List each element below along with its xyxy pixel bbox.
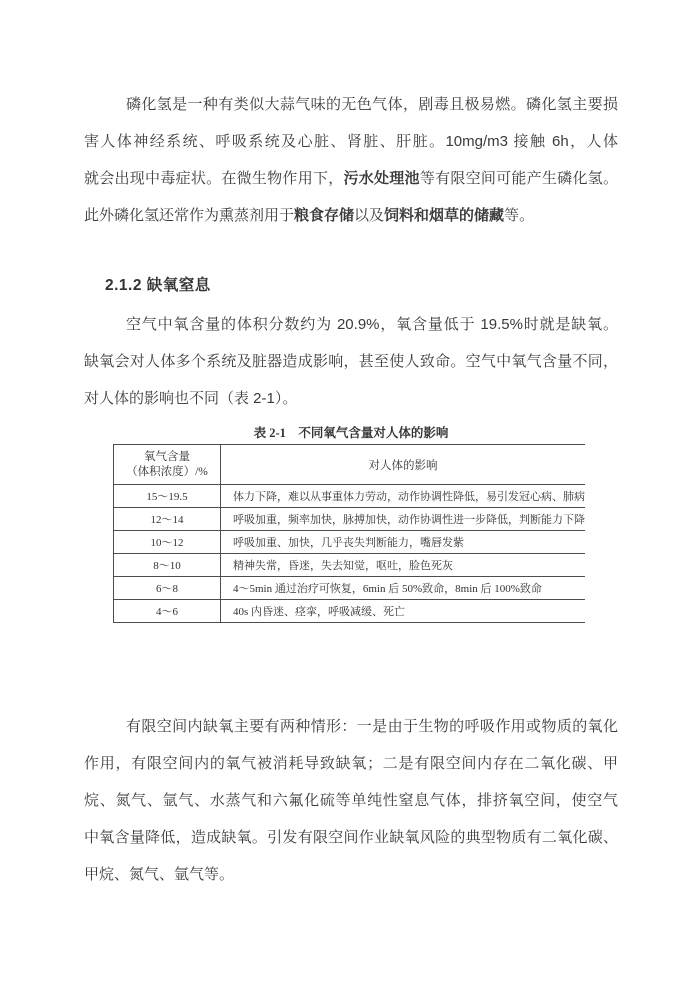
header-text: （体积浓度）/% bbox=[114, 465, 220, 480]
text-run: 烷、氮气、氩气、水蒸气和六氟化硫等单纯性窒息气体，排挤氧空间，使空气 bbox=[84, 792, 618, 809]
range-cell: 6～8 bbox=[114, 577, 221, 600]
paragraph-oxygen-causes: 有限空间内缺氧主要有两种情形：一是由于生物的呼吸作用或物质的氧化 作用，有限空间… bbox=[84, 708, 618, 893]
table-header-row: 氧气含量 （体积浓度）/% 对人体的影响 bbox=[114, 445, 586, 485]
text-run: 空气中氧含量的体积分数约为 20.9%，氧含量低于 19.5%时就是缺氧。 bbox=[126, 316, 618, 333]
paragraph-oxygen-intro: 空气中氧含量的体积分数约为 20.9%，氧含量低于 19.5%时就是缺氧。 缺氧… bbox=[84, 306, 618, 417]
range-cell: 8～10 bbox=[114, 554, 221, 577]
bold-text-run: 饲料和烟草的储藏 bbox=[384, 207, 504, 224]
header-cell-effect: 对人体的影响 bbox=[221, 445, 586, 485]
section-heading-2-1-2: 2.1.2 缺氧窒息 bbox=[105, 273, 211, 295]
text-run: 以及 bbox=[354, 207, 384, 224]
text-run: 此外磷化氢还常作为熏蒸剂用于 bbox=[84, 207, 294, 224]
table-row: 8～10 精神失常，昏迷，失去知觉，呕吐，脸色死灰 bbox=[114, 554, 586, 577]
effect-cell: 呼吸加重、加快，几乎丧失判断能力，嘴唇发紫 bbox=[221, 531, 586, 554]
text-run: 害人体神经系统、呼吸系统及心脏、肾脏、肝脏。10mg/m3 接触 6h，人体 bbox=[84, 133, 618, 150]
text-run: 等有限空间可能产生磷化氢。 bbox=[420, 170, 618, 187]
text-line: 害人体神经系统、呼吸系统及心脏、肾脏、肝脏。10mg/m3 接触 6h，人体 bbox=[84, 123, 618, 160]
text-line: 就会出现中毒症状。在微生物作用下，污水处理池等有限空间可能产生磷化氢。 bbox=[84, 160, 618, 197]
bold-text-run: 污水处理池 bbox=[343, 170, 419, 187]
header-cell-oxygen-content: 氧气含量 （体积浓度）/% bbox=[114, 445, 221, 485]
text-line: 空气中氧含量的体积分数约为 20.9%，氧含量低于 19.5%时就是缺氧。 bbox=[84, 306, 618, 343]
text-run: 甲烷、氮气、氩气等。 bbox=[84, 866, 234, 883]
text-line: 对人体的影响也不同（表 2-1）。 bbox=[84, 380, 618, 417]
range-cell: 15～19.5 bbox=[114, 485, 221, 508]
range-cell: 4～6 bbox=[114, 600, 221, 623]
text-run: 就会出现中毒症状。在微生物作用下， bbox=[84, 170, 343, 187]
text-line: 磷化氢是一种有类似大蒜气味的无色气体，剧毒且极易燃。磷化氢主要损 bbox=[84, 86, 618, 123]
effect-cell: 4～5min 通过治疗可恢复，6min 后 50%致命，8min 后 100%致… bbox=[221, 577, 586, 600]
text-line: 作用，有限空间内的氧气被消耗导致缺氧；二是有限空间内存在二氧化碳、甲 bbox=[84, 745, 618, 782]
text-run: 作用，有限空间内的氧气被消耗导致缺氧；二是有限空间内存在二氧化碳、甲 bbox=[84, 755, 618, 772]
table-caption: 表 2-1 不同氧气含量对人体的影响 bbox=[84, 423, 618, 441]
bold-text-run: 粮食存储 bbox=[294, 207, 354, 224]
effect-cell: 40s 内昏迷、痉挛，呼吸减缓、死亡 bbox=[221, 600, 586, 623]
table-row: 15～19.5 体力下降，难以从事重体力劳动，动作协调性降低，易引发冠心病、肺病… bbox=[114, 485, 586, 508]
text-run: 缺氧会对人体多个系统及脏器造成影响，甚至使人致命。空气中氧气含量不同， bbox=[84, 353, 618, 370]
effect-cell: 精神失常，昏迷，失去知觉，呕吐，脸色死灰 bbox=[221, 554, 586, 577]
table-row: 6～8 4～5min 通过治疗可恢复，6min 后 50%致命，8min 后 1… bbox=[114, 577, 586, 600]
table-row: 10～12 呼吸加重、加快，几乎丧失判断能力，嘴唇发紫 bbox=[114, 531, 586, 554]
text-line: 有限空间内缺氧主要有两种情形：一是由于生物的呼吸作用或物质的氧化 bbox=[84, 708, 618, 745]
effect-cell: 呼吸加重，频率加快，脉搏加快，动作协调性进一步降低，判断能力下降 bbox=[221, 508, 586, 531]
range-cell: 12～14 bbox=[114, 508, 221, 531]
text-run: 磷化氢是一种有类似大蒜气味的无色气体，剧毒且极易燃。磷化氢主要损 bbox=[126, 96, 618, 113]
text-line: 烷、氮气、氩气、水蒸气和六氟化硫等单纯性窒息气体，排挤氧空间，使空气 bbox=[84, 782, 618, 819]
oxygen-effects-table: 氧气含量 （体积浓度）/% 对人体的影响 15～19.5 体力下降，难以从事重体… bbox=[113, 444, 585, 623]
paragraph-phosphine: 磷化氢是一种有类似大蒜气味的无色气体，剧毒且极易燃。磷化氢主要损 害人体神经系统… bbox=[84, 86, 618, 234]
text-line: 中氧含量降低，造成缺氧。引发有限空间作业缺氧风险的典型物质有二氧化碳、 bbox=[84, 819, 618, 856]
text-run: 有限空间内缺氧主要有两种情形：一是由于生物的呼吸作用或物质的氧化 bbox=[126, 718, 618, 735]
text-line: 缺氧会对人体多个系统及脏器造成影响，甚至使人致命。空气中氧气含量不同， bbox=[84, 343, 618, 380]
text-run: 中氧含量降低，造成缺氧。引发有限空间作业缺氧风险的典型物质有二氧化碳、 bbox=[84, 829, 618, 846]
header-text: 氧气含量 bbox=[114, 450, 220, 465]
text-run: 对人体的影响也不同（表 2-1）。 bbox=[84, 390, 297, 407]
text-line: 此外磷化氢还常作为熏蒸剂用于粮食存储以及饲料和烟草的储藏等。 bbox=[84, 197, 618, 234]
table-row: 4～6 40s 内昏迷、痉挛，呼吸减缓、死亡 bbox=[114, 600, 586, 623]
range-cell: 10～12 bbox=[114, 531, 221, 554]
document-page: 磷化氢是一种有类似大蒜气味的无色气体，剧毒且极易燃。磷化氢主要损 害人体神经系统… bbox=[0, 0, 700, 990]
effect-cell: 体力下降，难以从事重体力劳动，动作协调性降低，易引发冠心病、肺病等 bbox=[221, 485, 586, 508]
text-run: 等。 bbox=[504, 207, 534, 224]
text-line: 甲烷、氮气、氩气等。 bbox=[84, 856, 618, 893]
table-row: 12～14 呼吸加重，频率加快，脉搏加快，动作协调性进一步降低，判断能力下降 bbox=[114, 508, 586, 531]
